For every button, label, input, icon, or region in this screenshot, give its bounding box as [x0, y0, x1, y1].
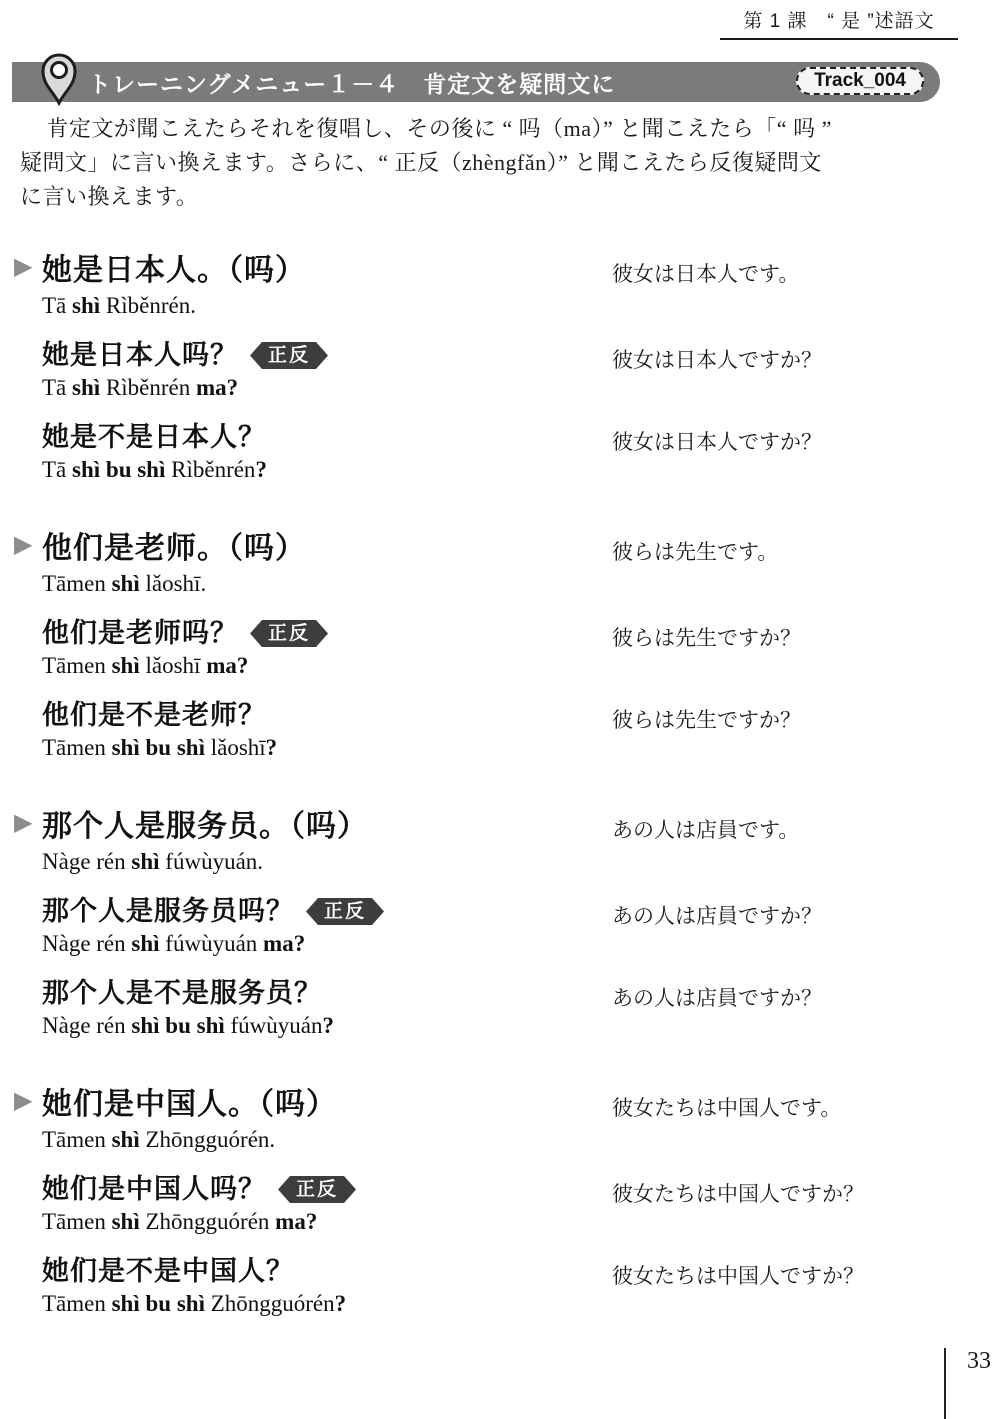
map-pin-icon — [38, 52, 80, 111]
triangle-marker-icon: ▶ — [14, 254, 32, 278]
chinese-sentence: 他们是老师吗？ — [42, 618, 238, 648]
chinese-sentence: 那个人是服务员吗？ — [42, 896, 294, 926]
japanese-translation: 彼らは先生ですか？ — [612, 698, 1000, 762]
japanese-translation: 彼女は日本人ですか？ — [612, 420, 1000, 484]
chinese-sentence: 她是日本人。（吗） — [42, 254, 306, 287]
japanese-translation: あの人は店員です。 — [612, 808, 1000, 876]
pinyin-line: Nàge rén shì fúwùyuán ma? — [42, 930, 612, 958]
example-block-2: ▶ 他们是老师。（吗） Tāmen shì lǎoshī. 彼らは先生です。 他… — [0, 530, 1000, 780]
ma-question-row: 她们是中国人吗？正反 Tāmen shì Zhōngguórén ma? 彼女た… — [0, 1172, 1000, 1236]
japanese-translation: 彼女たちは中国人ですか？ — [612, 1254, 1000, 1318]
ma-question-row: 她是日本人吗？正反 Tā shì Rìběnrén ma? 彼女は日本人ですか？ — [0, 338, 1000, 402]
chinese-sentence: 那个人是服务员。（吗） — [42, 810, 368, 843]
zhengfan-badge: 正反 — [306, 898, 384, 925]
intro-line: 肯定文が聞こえたらそれを復唱し、その後に “ 吗（ma）” と聞こえたら「“ 吗… — [20, 112, 980, 146]
triangle-marker-icon: ▶ — [14, 810, 32, 834]
intro-line: 疑問文」に言い換えます。さらに、“ 正反（zhèngfǎn）” と聞こえたら反復… — [20, 146, 980, 180]
pinyin-line: Tāmen shì Zhōngguórén ma? — [42, 1208, 612, 1236]
affirmative-negative-row: 她是不是日本人？ Tā shì bu shì Rìběnrén? 彼女は日本人で… — [0, 420, 1000, 484]
example-block-4: ▶ 她们是中国人。（吗） Tāmen shì Zhōngguórén. 彼女たち… — [0, 1086, 1000, 1336]
pinyin-line: Tāmen shì lǎoshī ma? — [42, 652, 612, 680]
pinyin-line: Tāmen shì lǎoshī. — [42, 570, 612, 598]
japanese-translation: 彼女たちは中国人です。 — [612, 1086, 1000, 1154]
pinyin-line: Tāmen shì Zhōngguórén. — [42, 1126, 612, 1154]
triangle-marker-icon: ▶ — [14, 1088, 32, 1112]
triangle-marker-icon: ▶ — [14, 532, 32, 556]
zhengfan-badge: 正反 — [250, 620, 328, 647]
banner-title: トレーニングメニュー１－４ 肯定文を疑問文に — [88, 62, 615, 102]
chinese-sentence: 那个人是不是服务员？ — [42, 978, 322, 1008]
pinyin-line: Nàge rén shì bu shì fúwùyuán? — [42, 1012, 612, 1040]
pinyin-line: Tāmen shì bu shì lǎoshī? — [42, 734, 612, 762]
page-number: 33 — [960, 1348, 998, 1375]
pinyin-line: Tā shì Rìběnrén ma? — [42, 374, 612, 402]
track-badge: Track_004 — [796, 67, 924, 95]
japanese-translation: あの人は店員ですか？ — [612, 976, 1000, 1040]
footer-divider — [944, 1348, 946, 1419]
chapter-header: 第 1 課 “ 是 ”述語文 — [720, 6, 958, 40]
japanese-translation: 彼らは先生です。 — [612, 530, 1000, 598]
japanese-translation: 彼女は日本人です。 — [612, 252, 1000, 320]
pinyin-line: Nàge rén shì fúwùyuán. — [42, 848, 612, 876]
pinyin-line: Tā shì Rìběnrén. — [42, 292, 612, 320]
ma-question-row: 那个人是服务员吗？正反 Nàge rén shì fúwùyuán ma? あの… — [0, 894, 1000, 958]
affirmative-negative-row: 那个人是不是服务员？ Nàge rén shì bu shì fúwùyuán?… — [0, 976, 1000, 1040]
training-banner: トレーニングメニュー１－４ 肯定文を疑問文に Track_004 — [12, 62, 940, 102]
pinyin-line: Tā shì bu shì Rìběnrén? — [42, 456, 612, 484]
japanese-translation: 彼女たちは中国人ですか？ — [612, 1172, 1000, 1236]
japanese-translation: あの人は店員ですか？ — [612, 894, 1000, 958]
intro-paragraph: 肯定文が聞こえたらそれを復唱し、その後に “ 吗（ma）” と聞こえたら「“ 吗… — [20, 112, 980, 214]
main-sentence-row: ▶ 她们是中国人。（吗） Tāmen shì Zhōngguórén. 彼女たち… — [0, 1086, 1000, 1154]
zhengfan-badge: 正反 — [278, 1176, 356, 1203]
chinese-sentence: 她是不是日本人？ — [42, 422, 266, 452]
main-sentence-row: ▶ 他们是老师。（吗） Tāmen shì lǎoshī. 彼らは先生です。 — [0, 530, 1000, 598]
chinese-sentence: 她们是中国人。（吗） — [42, 1088, 337, 1121]
ma-question-row: 他们是老师吗？正反 Tāmen shì lǎoshī ma? 彼らは先生ですか？ — [0, 616, 1000, 680]
japanese-translation: 彼女は日本人ですか？ — [612, 338, 1000, 402]
main-sentence-row: ▶ 她是日本人。（吗） Tā shì Rìběnrén. 彼女は日本人です。 — [0, 252, 1000, 320]
chinese-sentence: 他们是不是老师？ — [42, 700, 266, 730]
zhengfan-badge: 正反 — [250, 342, 328, 369]
example-block-1: ▶ 她是日本人。（吗） Tā shì Rìběnrén. 彼女は日本人です。 她… — [0, 252, 1000, 502]
chinese-sentence: 他们是老师。（吗） — [42, 532, 306, 565]
chinese-sentence: 她们是中国人吗？ — [42, 1174, 266, 1204]
example-block-3: ▶ 那个人是服务员。（吗） Nàge rén shì fúwùyuán. あの人… — [0, 808, 1000, 1058]
chinese-sentence: 她是日本人吗？ — [42, 340, 238, 370]
textbook-page: 第 1 課 “ 是 ”述語文 トレーニングメニュー１－４ 肯定文を疑問文に Tr… — [0, 0, 1000, 1419]
intro-line: に言い換えます。 — [20, 180, 980, 214]
main-sentence-row: ▶ 那个人是服务员。（吗） Nàge rén shì fúwùyuán. あの人… — [0, 808, 1000, 876]
japanese-translation: 彼らは先生ですか？ — [612, 616, 1000, 680]
affirmative-negative-row: 他们是不是老师？ Tāmen shì bu shì lǎoshī? 彼らは先生で… — [0, 698, 1000, 762]
pinyin-line: Tāmen shì bu shì Zhōngguórén? — [42, 1290, 612, 1318]
affirmative-negative-row: 她们是不是中国人？ Tāmen shì bu shì Zhōngguórén? … — [0, 1254, 1000, 1318]
chinese-sentence: 她们是不是中国人？ — [42, 1256, 294, 1286]
